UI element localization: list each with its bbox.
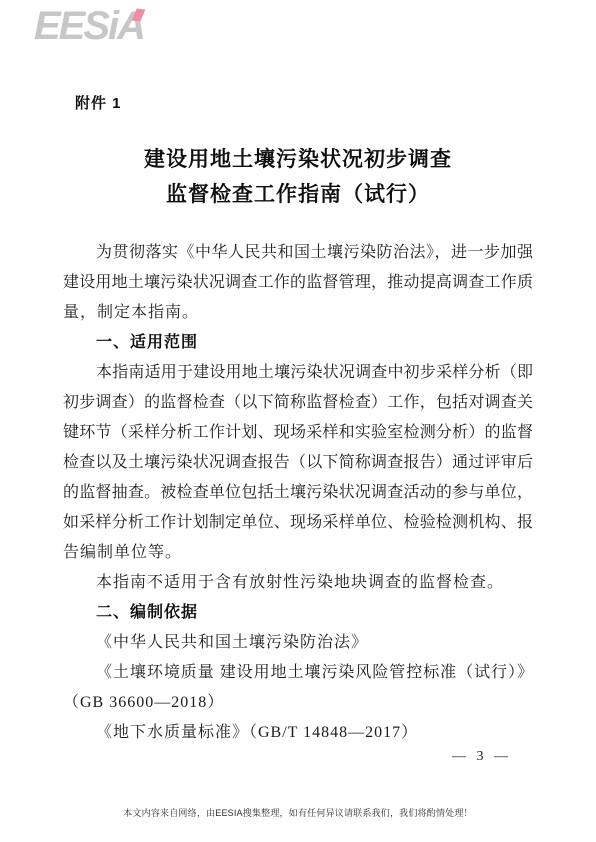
body-line: 《土壤环境质量 建设用地土壤污染风险管控标准（试行）》	[63, 658, 533, 688]
page-number: — 3 —	[452, 749, 508, 765]
eesia-logo: EESiA	[34, 2, 174, 54]
document-title-line2: 监督检查工作指南（试行）	[0, 177, 596, 212]
document-title-line1: 建设用地土壤污染状况初步调查	[0, 142, 596, 177]
body-line: 检查以及土壤污染状况调查报告（以下简称调查报告）通过评审后	[63, 448, 533, 478]
body-line: 的监督抽查。被检查单位包括土壤污染状况调查活动的参与单位，	[63, 478, 533, 508]
body-line: 为贯彻落实《中华人民共和国土壤污染防治法》，进一步加强	[63, 238, 533, 268]
body-line: 如采样分析工作计划制定单位、现场采样单位、检验检测机构、报	[63, 508, 533, 538]
attachment-label: 附件 1	[75, 92, 122, 113]
body-line: 《地下水质量标准》（GB/T 14848—2017）	[63, 718, 533, 748]
body-line: 《中华人民共和国土壤污染防治法》	[63, 628, 533, 658]
document-page: EESiA 附件 1 建设用地土壤污染状况初步调查 监督检查工作指南（试行） 为…	[0, 0, 596, 842]
document-title: 建设用地土壤污染状况初步调查 监督检查工作指南（试行）	[0, 142, 596, 212]
document-body: 为贯彻落实《中华人民共和国土壤污染防治法》，进一步加强建设用地土壤污染状况调查工…	[63, 238, 533, 748]
section-heading: 一、适用范围	[63, 328, 533, 358]
body-line: 键环节（采样分析工作计划、现场采样和实验室检测分析）的监督	[63, 418, 533, 448]
body-line: 本指南适用于建设用地土壤污染状况调查中初步采样分析（即	[63, 358, 533, 388]
body-line: 建设用地土壤污染状况调查工作的监督管理，推动提高调查工作质	[63, 268, 533, 298]
body-line: 量，制定本指南。	[63, 298, 533, 328]
body-line: 本指南不适用于含有放射性污染地块调查的监督检查。	[63, 568, 533, 598]
body-line: 告编制单位等。	[63, 538, 533, 568]
body-line: 初步调查）的监督检查（以下简称监督检查）工作，包括对调查关	[63, 388, 533, 418]
section-heading: 二、编制依据	[63, 598, 533, 628]
eesia-logo-text: EESiA	[34, 4, 144, 48]
footer-notice: 本文内容来自网络，由EESIA搜集整理，如有任何异议请联系我们，我们将酌情处理！	[0, 806, 596, 819]
body-line: （GB 36600—2018）	[63, 688, 533, 718]
